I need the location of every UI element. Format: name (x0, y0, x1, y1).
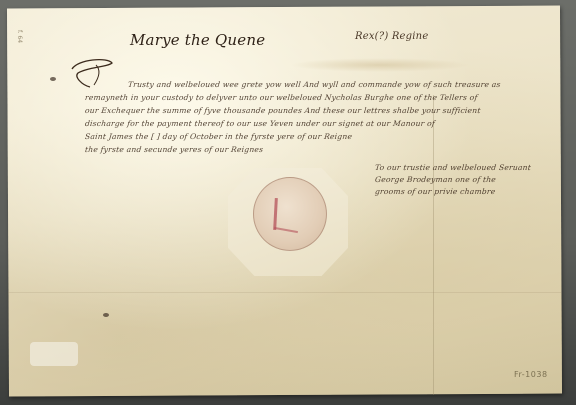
letter-line-6: the fyrste and secunde yeres of our Reig… (85, 145, 264, 154)
paper-repair-patch (30, 342, 78, 366)
seal-impression (253, 177, 327, 251)
ink-blot (50, 77, 56, 81)
margin-folio-note: f. 64 (16, 30, 23, 43)
ink-blot-2 (103, 313, 109, 317)
royal-sign-manual: Rex(?) Regine (355, 31, 428, 42)
wax-seal (228, 168, 348, 276)
horizontal-fold-line (8, 292, 561, 293)
letter-line-3: our Exchequer the summe of fyve thousand… (85, 106, 482, 115)
water-stain (290, 58, 470, 72)
letter-line-2: remayneth in your custody to delyver unt… (85, 93, 478, 102)
decorated-initial-t-icon (68, 55, 116, 91)
letter-line-5: Saint James the [ ] day of October in th… (85, 132, 353, 141)
vertical-fold-line (433, 95, 434, 395)
letter-line-1: Trusty and welbeloued wee grete yow well… (128, 80, 502, 89)
archive-number: Fr-1038 (514, 370, 548, 379)
letter-line-4: discharge for the payment thereof to our… (85, 119, 436, 128)
address-line-3: grooms of our privie chambre (375, 187, 496, 196)
address-line-2: George Brodeyman one of the (375, 175, 497, 184)
address-line-1: To our trustie and welbeloued Seruant (375, 163, 532, 172)
letter-heading: Marye the Quene (130, 31, 265, 49)
